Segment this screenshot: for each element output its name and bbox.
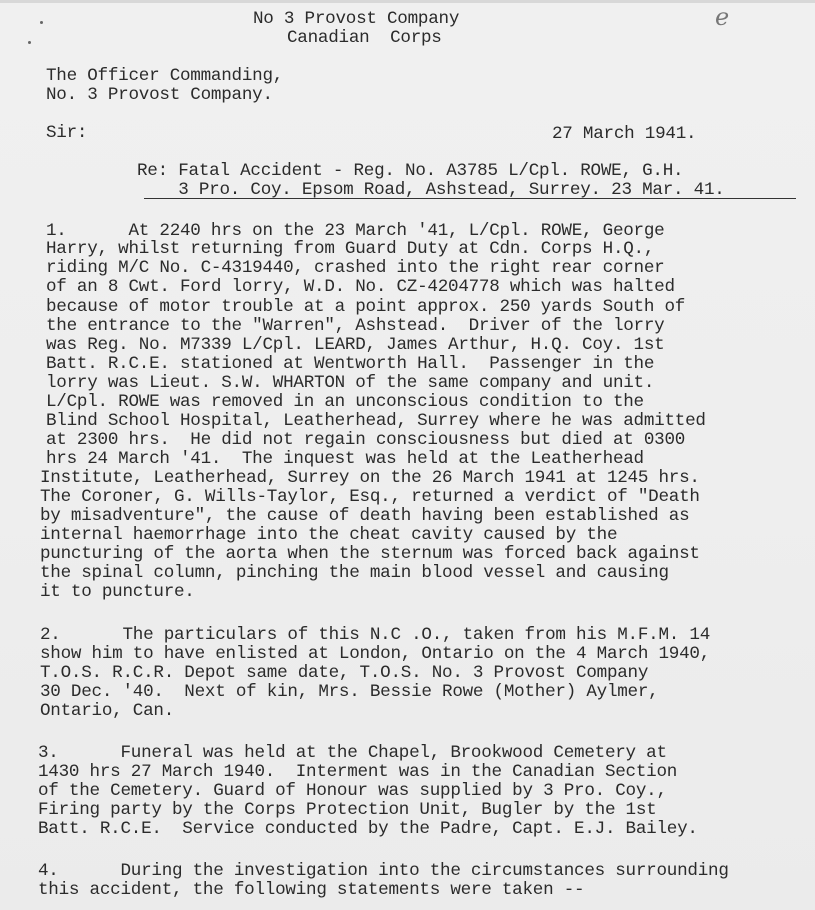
paragraph-line: Batt. R.C.E. stationed at Wentworth Hall… xyxy=(46,355,654,373)
paragraph-line: riding M/C No. C-4319440, crashed into t… xyxy=(46,259,664,277)
paragraph-line: 4. During the investigation into the cir… xyxy=(38,862,729,880)
paragraph-line: it to puncture. xyxy=(40,583,195,601)
letterhead-line: Canadian Corps xyxy=(287,29,442,47)
salutation: Sir: xyxy=(46,124,87,142)
subject-line: Re: Fatal Accident - Reg. No. A3785 L/Cp… xyxy=(137,162,683,180)
paragraph-line: Harry, whilst returning from Guard Duty … xyxy=(46,240,654,258)
paragraph-line: Institute, Leatherhead, Surrey on the 26… xyxy=(40,469,700,487)
paragraph-line: 3. Funeral was held at the Chapel, Brook… xyxy=(38,744,667,762)
paragraph-line: show him to have enlisted at London, Ont… xyxy=(40,645,710,663)
paragraph-line: 1430 hrs 27 March 1940. Interment was in… xyxy=(38,763,677,781)
paragraph-line: 30 Dec. '40. Next of kin, Mrs. Bessie Ro… xyxy=(40,683,658,701)
paragraph-line: Ontario, Can. xyxy=(40,702,174,720)
addressee-line: No. 3 Provost Company. xyxy=(46,86,273,104)
paragraph-line: Blind School Hospital, Leatherhead, Surr… xyxy=(46,412,706,430)
paragraph-line: The Coroner, G. Wills-Taylor, Esq., retu… xyxy=(40,488,700,506)
paragraph-line: hrs 24 March '41. The inquest was held a… xyxy=(46,450,644,468)
paragraph-line: lorry was Lieut. S.W. WHARTON of the sam… xyxy=(46,374,654,392)
paragraph-line: T.O.S. R.C.R. Depot same date, T.O.S. No… xyxy=(40,664,648,682)
paragraph-line: of the Cemetery. Guard of Honour was sup… xyxy=(38,782,667,800)
paragraph-line: at 2300 hrs. He did not regain conscious… xyxy=(46,431,685,449)
subject-line: 3 Pro. Coy. Epsom Road, Ashstead, Surrey… xyxy=(137,181,725,199)
paragraph-line: the entrance to the "Warren", Ashstead. … xyxy=(46,317,664,335)
paper-speck xyxy=(40,21,43,24)
paragraph-line: 2. The particulars of this N.C .O., take… xyxy=(40,626,710,644)
paper-speck xyxy=(28,41,31,44)
date: 27 March 1941. xyxy=(552,125,696,143)
paragraph-line: this accident, the following statements … xyxy=(38,881,584,899)
addressee-line: The Officer Commanding, xyxy=(46,67,283,85)
paragraph-line: Batt. R.C.E. Service conducted by the Pa… xyxy=(38,820,698,838)
subject-underline xyxy=(144,198,796,199)
paragraph-line: the spinal column, pinching the main blo… xyxy=(40,564,669,582)
paragraph-line: internal haemorrhage into the cheat cavi… xyxy=(40,526,617,544)
paragraph-line: because of motor trouble at a point appr… xyxy=(46,298,685,316)
paragraph-line: was Reg. No. M7339 L/Cpl. LEARD, James A… xyxy=(46,336,664,354)
document-page: e No 3 Provost Company Canadian Corps Th… xyxy=(0,0,815,910)
letterhead-line: No 3 Provost Company xyxy=(253,10,459,28)
paragraph-line: L/Cpl. ROWE was removed in an unconsciou… xyxy=(46,393,644,411)
handwritten-mark: e xyxy=(715,3,729,31)
paragraph-line: by misadventure", the cause of death hav… xyxy=(40,507,689,525)
paragraph-line: of an 8 Cwt. Ford lorry, W.D. No. CZ-420… xyxy=(46,278,675,296)
paragraph-line: 1. At 2240 hrs on the 23 March '41, L/Cp… xyxy=(46,222,664,240)
paragraph-line: Firing party by the Corps Protection Uni… xyxy=(38,801,656,819)
paragraph-line: puncturing of the aorta when the sternum… xyxy=(40,545,700,563)
